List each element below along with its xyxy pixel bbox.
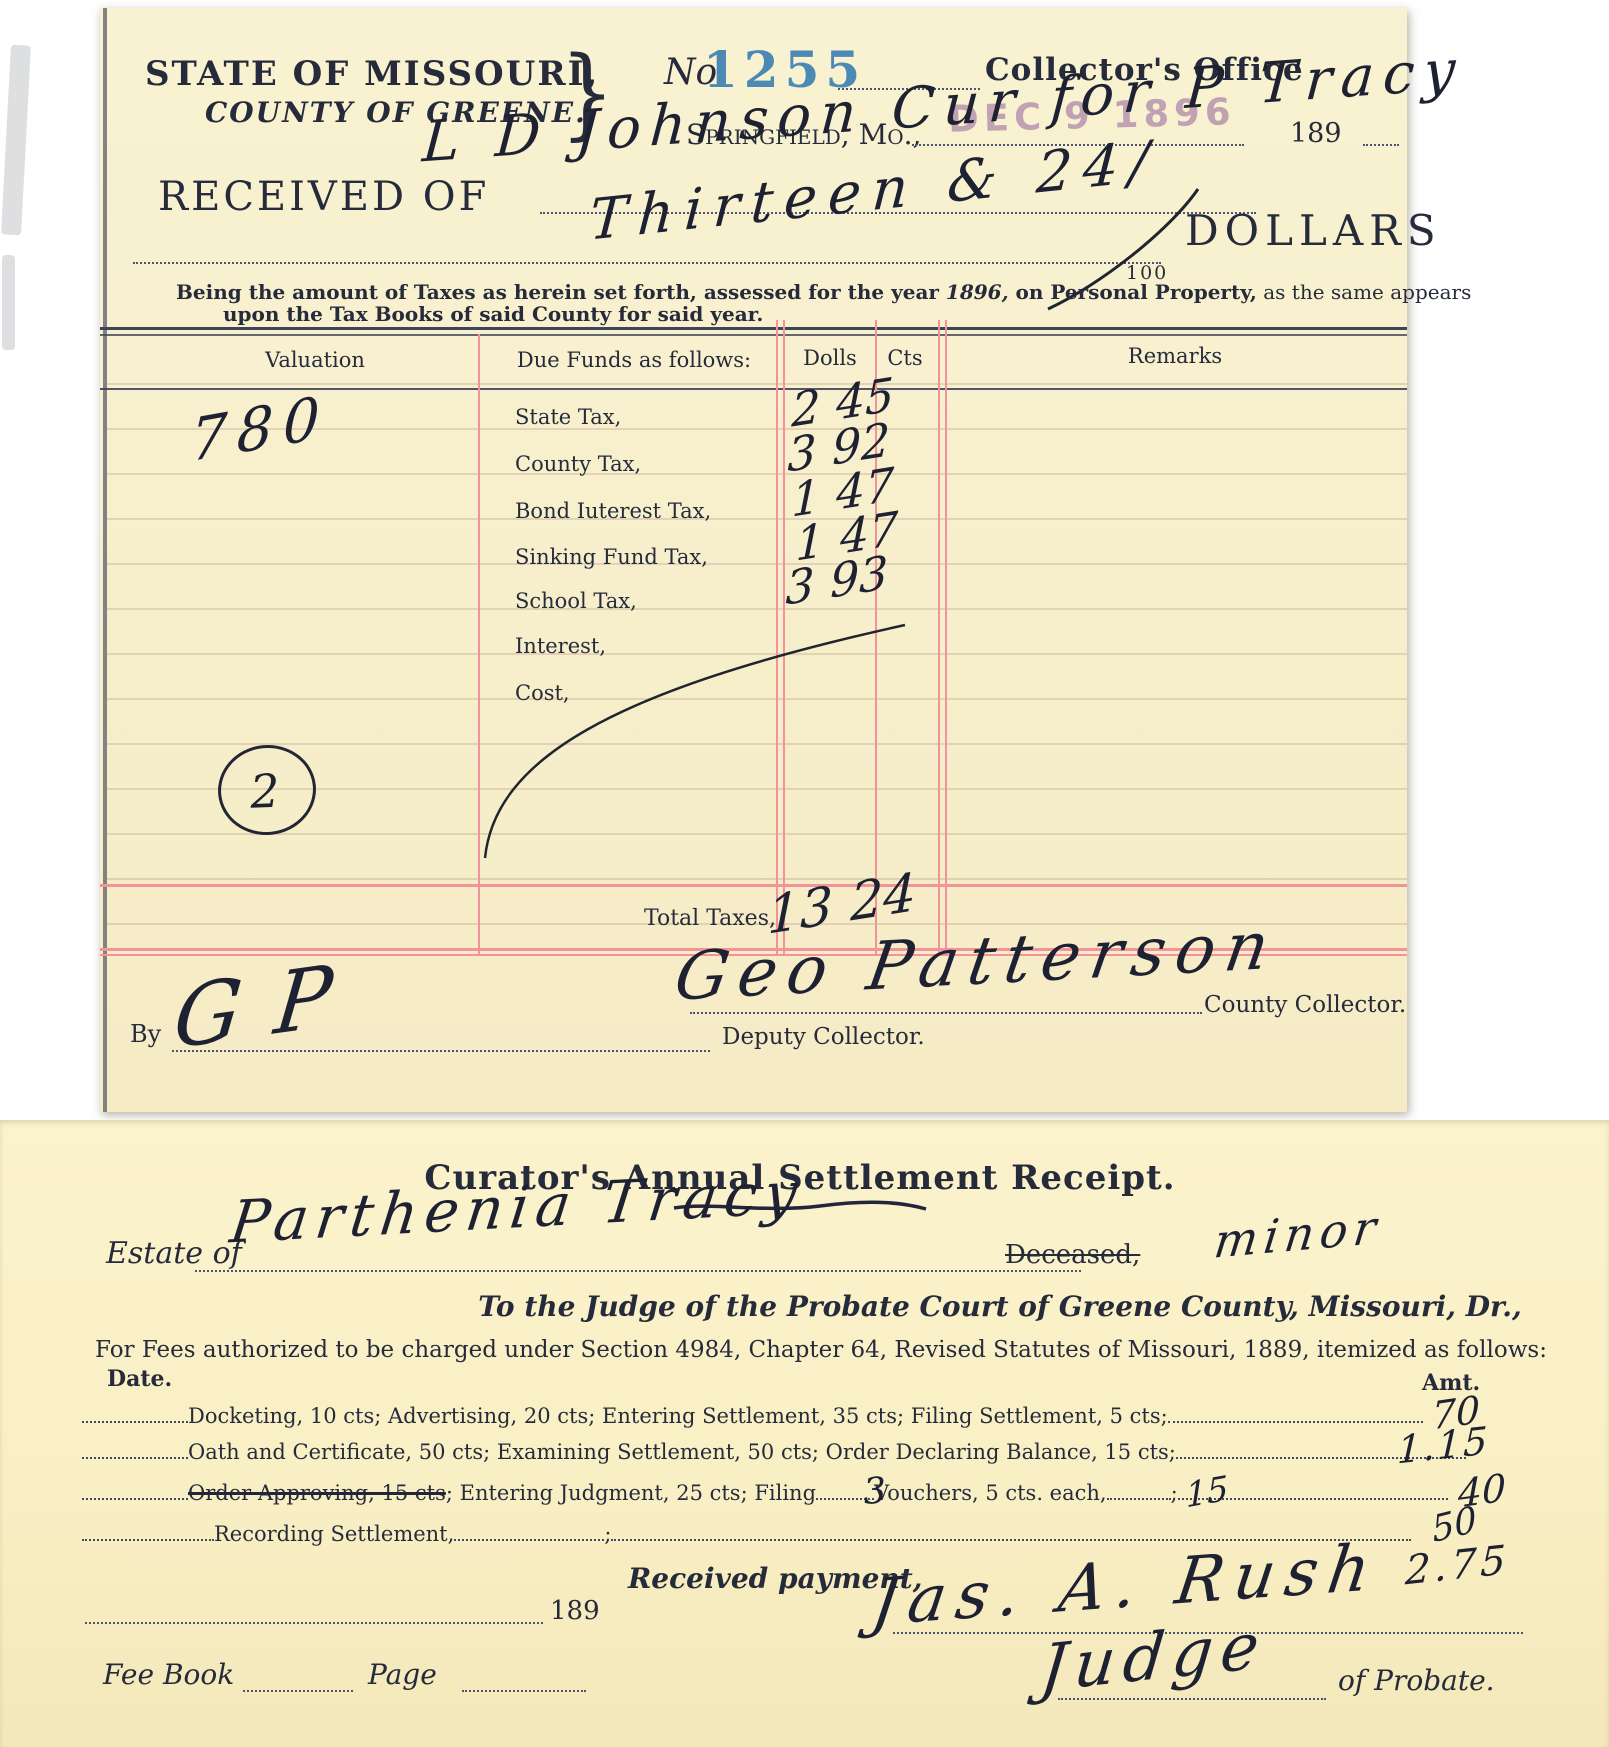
fee-line-1: Docketing, 10 cts; Advertising, 20 cts; … <box>82 1404 1434 1428</box>
row-label: Bond Iuterest Tax, <box>515 499 711 523</box>
by-label: By <box>130 1020 161 1048</box>
deputy-signature-line <box>172 1048 710 1052</box>
header-due-funds: Due Funds as follows: <box>514 348 754 372</box>
each-amount-handwriting: 15 <box>1185 1468 1229 1516</box>
deceased-label: Deceased, <box>1005 1240 1140 1270</box>
date-leader-dots <box>82 1482 188 1500</box>
payment-year-prefix: 189 <box>550 1596 600 1626</box>
date-leader-dots <box>82 1441 188 1459</box>
fee-book-label: Fee Book <box>103 1658 234 1691</box>
struck-fee-text: Order Approving, 15 cts <box>188 1481 446 1505</box>
of-probate-label: of Probate. <box>1338 1664 1495 1697</box>
fee-line-2: Oath and Certificate, 50 cts; Examining … <box>82 1440 1434 1464</box>
fee-line-text: Docketing, 10 cts; Advertising, 20 cts; … <box>188 1404 1168 1428</box>
fee-line-text-2: Vouchers, 5 cts. each, <box>874 1481 1107 1505</box>
being-mid: on <box>1009 280 1051 304</box>
estate-dotted-line <box>195 1268 1081 1272</box>
row-label: State Tax, <box>515 405 621 429</box>
fee-line-text: ; Entering Judgment, 25 cts; Filing <box>446 1481 816 1505</box>
year-dotted-line <box>1363 142 1399 146</box>
torn-paper-artifact <box>1 45 31 236</box>
date-leader-dots <box>82 1405 188 1423</box>
estate-label: Estate of <box>106 1236 242 1271</box>
being-property: Personal Property, <box>1050 280 1257 304</box>
ink-swoosh-flourish <box>400 600 920 870</box>
dollars-label: DOLLARS <box>1185 206 1442 255</box>
semicolon: ; <box>1171 1481 1178 1505</box>
being-prefix: Being the amount of Taxes as herein set … <box>176 280 946 304</box>
date-column-label: Date. <box>107 1366 172 1392</box>
header-remarks: Remarks <box>1105 344 1245 368</box>
mid-dots <box>454 1523 604 1541</box>
judge-title-line <box>1058 1696 1326 1700</box>
year-prefix: 189 <box>1290 118 1342 149</box>
state-line: STATE OF MISSOURI, <box>145 54 599 94</box>
deputy-title: Deputy Collector. <box>722 1024 925 1050</box>
row-label: Sinking Fund Tax, <box>515 545 708 569</box>
being-line-1: Being the amount of Taxes as herein set … <box>176 280 1471 304</box>
row-label: County Tax, <box>515 452 641 476</box>
fee-book-blank <box>243 1688 353 1692</box>
addressee-line: To the Judge of the Probate Court of Gre… <box>420 1290 1580 1323</box>
payment-date-line <box>85 1620 543 1624</box>
received-of-label: RECEIVED OF <box>158 174 489 220</box>
being-year: 1896, <box>946 280 1009 304</box>
total-label: Total Taxes, <box>644 906 776 931</box>
date-leader-dots <box>82 1523 214 1541</box>
scanned-documents-page: STATE OF MISSOURI, COUNTY OF GREENE. } N… <box>0 0 1609 1747</box>
fee-line-3: Order Approving, 15 cts; Entering Judgme… <box>82 1481 1434 1505</box>
remarks-column-rule-a <box>938 320 940 955</box>
being-line-2: upon the Tax Books of said County for sa… <box>223 302 763 326</box>
table-top-rule-2 <box>100 334 1407 336</box>
header-cts: Cts <box>870 346 940 370</box>
header-dolls: Dolls <box>790 346 870 370</box>
margin-circle-value: 2 <box>250 764 281 819</box>
fees-intro: For Fees authorized to be charged under … <box>95 1337 1547 1363</box>
trailing-dots <box>1168 1405 1423 1423</box>
fee-line-text: Oath and Certificate, 50 cts; Examining … <box>188 1440 1176 1464</box>
total-top-red-rule <box>100 884 1407 887</box>
being-suffix: as the same appears <box>1257 280 1471 304</box>
fee-line-text: Recording Settlement, <box>214 1522 454 1546</box>
remarks-column-rule-b <box>945 320 947 955</box>
page-label: Page <box>368 1658 437 1691</box>
collector-title: County Collector. <box>1204 992 1406 1018</box>
table-top-rule <box>100 327 1407 330</box>
torn-paper-artifact <box>2 255 15 350</box>
semicolon: ; <box>604 1522 611 1546</box>
vouchers-count-handwriting: 3 <box>862 1470 888 1512</box>
header-valuation: Valuation <box>245 348 385 372</box>
each-dots <box>1107 1482 1171 1500</box>
collector-signature-line <box>690 1010 1202 1014</box>
amount-dotted-line <box>133 260 1161 264</box>
page-blank <box>462 1688 586 1692</box>
